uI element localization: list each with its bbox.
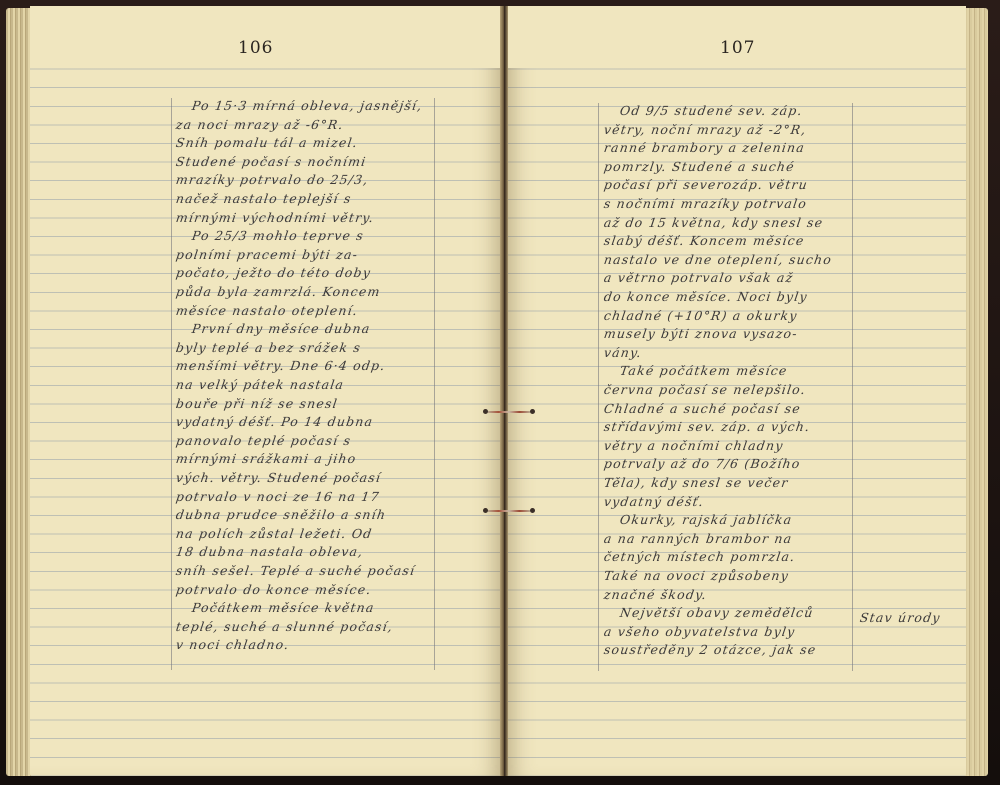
handwritten-line: slabý déšť. Koncem měsíce [603, 233, 806, 248]
handwritten-line: pomrzly. Studené a suché [603, 159, 796, 174]
stitch-hole [530, 508, 535, 513]
handwritten-line: větry, noční mrazy až -2°R, [603, 122, 808, 137]
handwritten-line: měsíce nastalo oteplení. [175, 303, 359, 318]
handwritten-line: dubna prudce sněžilo a sníh [175, 507, 387, 522]
handwritten-line: byly teplé a bez srážek s [175, 340, 362, 355]
handwritten-line: Sníh pomalu tál a mizel. [175, 135, 359, 150]
left-margin-rule [598, 103, 599, 671]
handwritten-line: za noci mrazy až -6°R. [175, 117, 345, 132]
handwritten-line: na velký pátek nastala [175, 377, 345, 392]
handwritten-line: Po 15·3 mírná oblevа, jasnější, [191, 98, 424, 113]
handwritten-line: načež nastalo teplejší s [175, 191, 353, 206]
right-margin-rule [852, 103, 853, 671]
handwritten-line: Chladné a suché počasí se [603, 401, 802, 416]
handwritten-line: 18 dubna nastala obleva, [175, 544, 365, 559]
handwritten-line: počasí při severozáp. větru [603, 177, 809, 192]
handwritten-line: První dny měsíce dubna [191, 321, 372, 336]
handwritten-line: Po 25/3 mohlo teprve s [191, 228, 365, 243]
handwritten-line: Od 9/5 studené sev. záp. [619, 103, 804, 118]
handwritten-line: a větrno potrvalo však až [603, 270, 795, 285]
left-page: 106 Po 15·3 mírná oblevа, jasnější,za no… [30, 6, 500, 776]
handwritten-line: nastalo ve dne oteplení, sucho [603, 252, 833, 267]
handwritten-line: s nočními mrazíky potrvalo [603, 196, 808, 211]
handwritten-line: počato, ježto do této doby [175, 265, 372, 280]
handwritten-line: musely býti znova vysazo- [603, 326, 799, 341]
handwritten-line: vydatný déšť. Po 14 dubna [175, 414, 374, 429]
handwritten-line: chladné (+10°R) a okurky [603, 308, 799, 323]
handwritten-line: Počátkem měsíce května [191, 600, 376, 615]
handwritten-line: Také na ovoci způsobeny [603, 568, 790, 583]
left-margin-rule [171, 98, 172, 670]
stitch-thread [488, 510, 530, 512]
right-page-header-area [508, 6, 966, 68]
handwritten-line: Studené počasí s nočními [175, 154, 368, 169]
handwritten-line: Největší obavy zemědělců [619, 605, 815, 620]
right-page: 107 Od 9/5 studené sev. záp.větry, noční… [508, 6, 966, 776]
handwritten-line: mírnými východními větry. [175, 210, 375, 225]
handwritten-line: potrvalo v noci ze 16 na 17 [175, 489, 381, 504]
left-page-header-area [30, 6, 500, 68]
handwritten-line: mírnými srážkami a jiho [175, 451, 358, 466]
handwritten-line: a všeho obyvatelstva byly [603, 624, 797, 639]
handwritten-line: do konce měsíce. Noci byly [603, 289, 809, 304]
handwritten-line: teplé, suché a slunné počasí, [175, 619, 394, 634]
handwritten-line: četných místech pomrzla. [603, 549, 797, 564]
right-margin-rule [434, 98, 435, 670]
handwritten-line: vány. [603, 345, 643, 360]
margin-note: Stav úrody [859, 610, 942, 625]
handwritten-line: větry a nočními chladny [603, 438, 785, 453]
right-page-number: 107 [720, 38, 755, 58]
handwritten-line: polními pracemi býti za- [175, 247, 359, 262]
handwritten-line: menšími větry. Dne 6·4 odp. [175, 358, 387, 373]
handwritten-line: v noci chladno. [175, 637, 291, 652]
handwritten-line: panovalo teplé počasí s [175, 433, 352, 448]
handwritten-line: a na ranných brambor na [603, 531, 793, 546]
handwritten-line: potrvaly až do 7/6 (Božího [603, 456, 802, 471]
handwritten-line: sníh sešel. Teplé a suché počasí [175, 563, 416, 578]
handwritten-line: Také počátkem měsíce [619, 363, 789, 378]
handwritten-line: června počasí se nelepšilo. [603, 382, 807, 397]
handwritten-line: půda byla zamrzlá. Koncem [175, 284, 382, 299]
handwritten-line: vydatný déšť. [603, 494, 705, 509]
left-page-number: 106 [238, 38, 273, 58]
handwritten-line: ranné brambory a zelenina [603, 140, 806, 155]
handwritten-line: soustředěny 2 otázce, jak se [603, 642, 818, 657]
handwritten-line: až do 15 května, kdy snesl se [603, 215, 824, 230]
handwritten-line: Těla), kdy snesl se večer [603, 475, 790, 490]
stitch-thread [488, 411, 530, 413]
handwritten-line: střídavými sev. záp. a vých. [603, 419, 811, 434]
book-spread: 106 Po 15·3 mírná oblevа, jasnější,za no… [0, 0, 1000, 785]
stitch-hole [530, 409, 535, 414]
handwritten-line: potrvalo do konce měsíce. [175, 582, 373, 597]
handwritten-line: mrazíky potrvalo do 25/3, [175, 172, 370, 187]
handwritten-line: Okurky, rajská jablíčka [619, 512, 794, 527]
handwritten-line: vých. větry. Studené počasí [175, 470, 382, 485]
handwritten-line: na polích zůstal ležeti. Od [175, 526, 374, 541]
handwritten-line: značné škody. [603, 587, 708, 602]
book-gutter [500, 6, 508, 776]
handwritten-line: bouře při níž se snesl [175, 396, 339, 411]
